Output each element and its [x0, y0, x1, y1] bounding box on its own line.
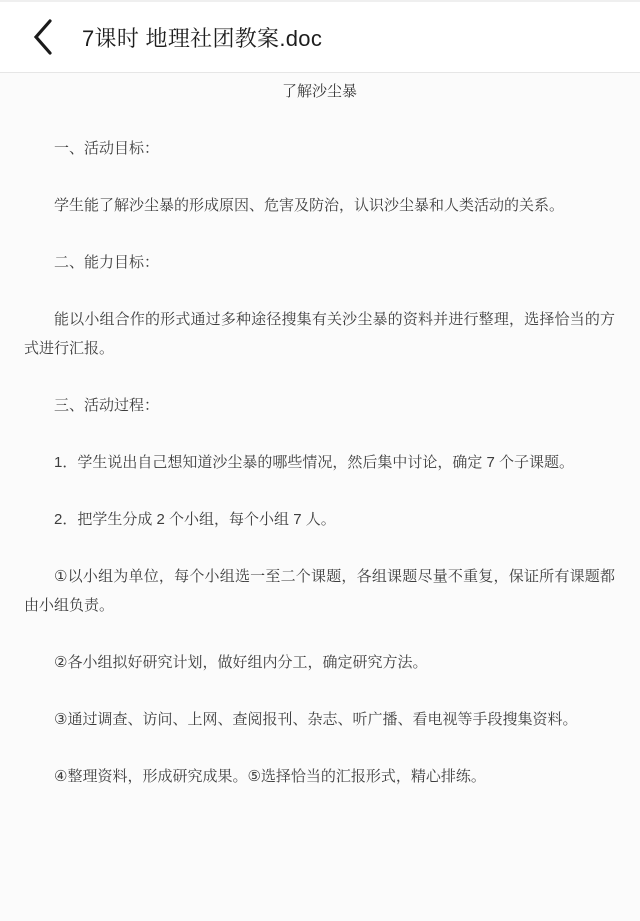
document-body: 一、活动目标：学生能了解沙尘暴的形成原因、危害及防治，认识沙尘暴和人类活动的关系… — [24, 134, 615, 791]
paragraph: 1．学生说出自己想知道沙尘暴的哪些情况，然后集中讨论，确定 7 个子课题。 — [24, 448, 615, 477]
paragraph: 能以小组合作的形式通过多种途径搜集有关沙尘暴的资料并进行整理，选择恰当的方式进行… — [24, 305, 615, 363]
paragraph: ③通过调查、访问、上网、查阅报刊、杂志、听广播、看电视等手段搜集资料。 — [24, 705, 615, 734]
document-filename: 7课时 地理社团教案.doc — [82, 22, 322, 53]
document-title: 了解沙尘暴 — [24, 77, 615, 106]
paragraph: 2．把学生分成 2 个小组，每个小组 7 人。 — [24, 505, 615, 534]
paragraph: 学生能了解沙尘暴的形成原因、危害及防治，认识沙尘暴和人类活动的关系。 — [24, 191, 615, 220]
paragraph: ②各小组拟好研究计划，做好组内分工，确定研究方法。 — [24, 648, 615, 677]
paragraph: 一、活动目标： — [24, 134, 615, 163]
chevron-left-icon — [32, 18, 54, 56]
paragraph: 二、能力目标： — [24, 248, 615, 277]
paragraph: ④整理资料，形成研究成果。⑤选择恰当的汇报形式，精心排练。 — [24, 762, 615, 791]
back-button[interactable] — [32, 17, 60, 57]
paragraph: 三、活动过程： — [24, 391, 615, 420]
app-header: 7课时 地理社团教案.doc — [0, 2, 640, 73]
document-viewer-screen: 7课时 地理社团教案.doc 了解沙尘暴 一、活动目标：学生能了解沙尘暴的形成原… — [0, 0, 640, 921]
document-scroll-area[interactable]: 了解沙尘暴 一、活动目标：学生能了解沙尘暴的形成原因、危害及防治，认识沙尘暴和人… — [0, 73, 640, 921]
paragraph: ①以小组为单位，每个小组选一至二个课题，各组课题尽量不重复，保证所有课题都由小组… — [24, 562, 615, 620]
